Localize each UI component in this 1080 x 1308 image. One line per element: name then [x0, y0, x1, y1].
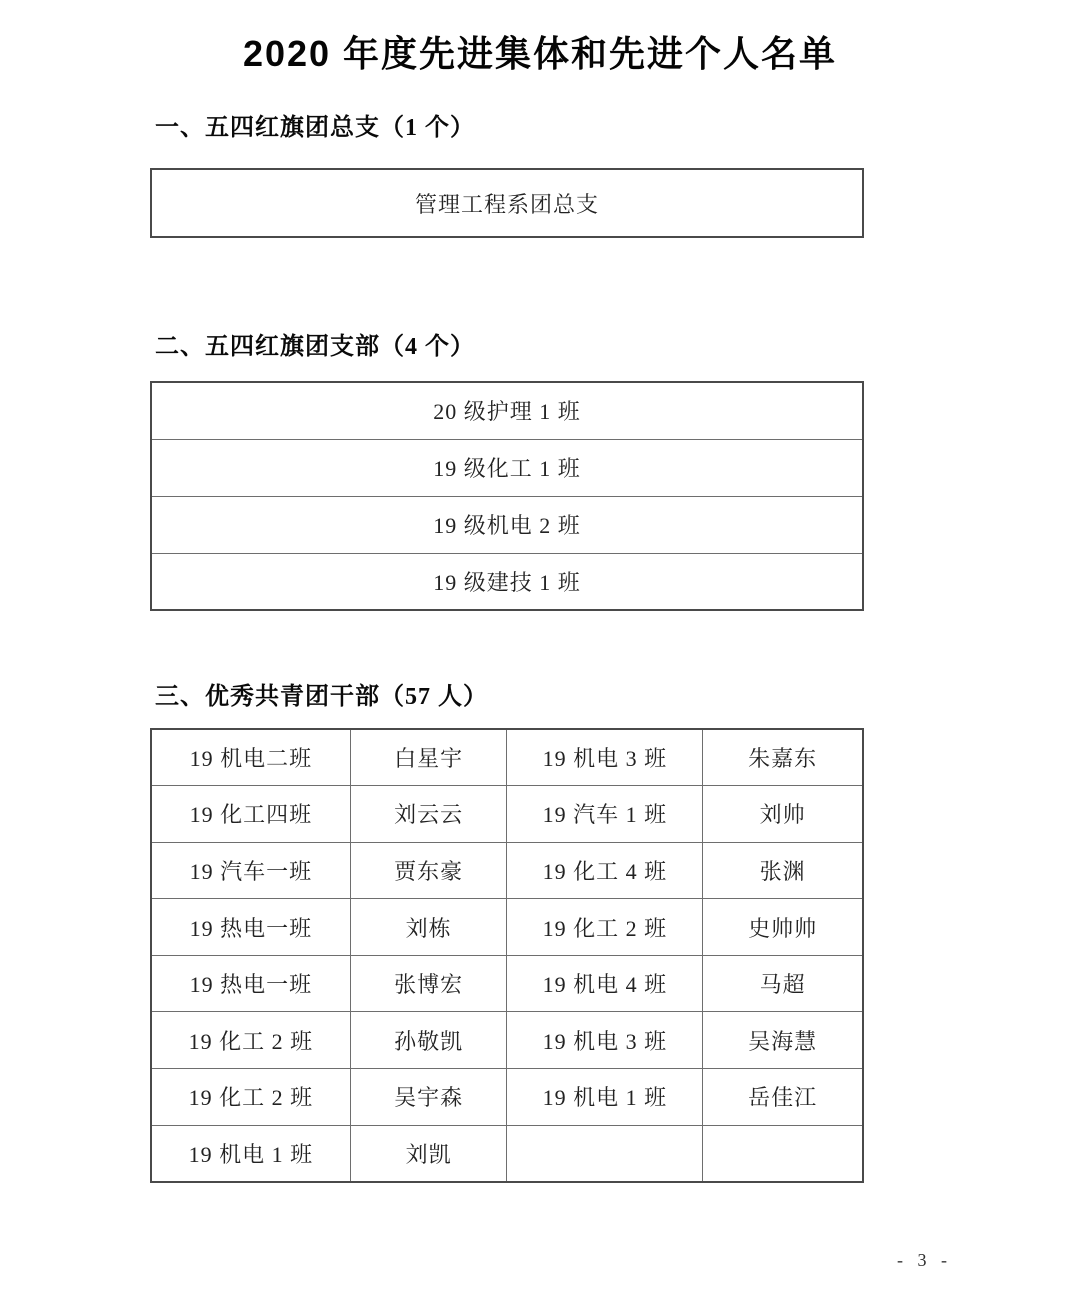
table-cell: 贾东豪 [350, 842, 507, 899]
table-row: 19 化工 2 班孙敬凯19 机电 3 班吴海慧 [151, 1012, 863, 1069]
table-cell: 刘云云 [350, 786, 507, 843]
table-cell: 白星宇 [350, 729, 507, 786]
table-cell: 19 级建技 1 班 [151, 553, 863, 610]
table-cell: 19 化工 2 班 [151, 1012, 350, 1069]
table-row: 20 级护理 1 班 [151, 382, 863, 439]
table-cell: 20 级护理 1 班 [151, 382, 863, 439]
table-cell: 刘帅 [703, 786, 863, 843]
document-content: 一、五四红旗团总支（1 个） 管理工程系团总支 二、五四红旗团支部（4 个） 2… [150, 114, 864, 1183]
table-cell: 岳佳江 [703, 1069, 863, 1126]
table-cell: 19 化工 2 班 [507, 899, 703, 956]
table-cell: 吴海慧 [703, 1012, 863, 1069]
table-row: 管理工程系团总支 [151, 169, 863, 237]
table-row: 19 级机电 2 班 [151, 496, 863, 553]
table-cell: 19 化工四班 [151, 786, 350, 843]
table-cell: 19 机电 1 班 [151, 1125, 350, 1182]
table-row: 19 汽车一班贾东豪19 化工 4 班张渊 [151, 842, 863, 899]
table-cell: 19 级机电 2 班 [151, 496, 863, 553]
table-cell: 19 机电二班 [151, 729, 350, 786]
table-row: 19 机电 1 班刘凯 [151, 1125, 863, 1182]
table-cell: 张博宏 [350, 955, 507, 1012]
table-red-flag-branches: 20 级护理 1 班19 级化工 1 班19 级机电 2 班19 级建技 1 班 [150, 381, 864, 611]
table-cell: 19 机电 3 班 [507, 729, 703, 786]
table-cell [703, 1125, 863, 1182]
table-cell: 史帅帅 [703, 899, 863, 956]
table-cell: 孙敬凯 [350, 1012, 507, 1069]
table-cell: 19 汽车 1 班 [507, 786, 703, 843]
table-cell: 19 级化工 1 班 [151, 439, 863, 496]
table-cell: 19 热电一班 [151, 899, 350, 956]
table-cell: 张渊 [703, 842, 863, 899]
table-row: 19 热电一班张博宏19 机电 4 班马超 [151, 955, 863, 1012]
table-row: 19 机电二班白星宇19 机电 3 班朱嘉东 [151, 729, 863, 786]
section-heading-red-flag-general-branch: 一、五四红旗团总支（1 个） [150, 114, 864, 142]
table-row: 19 化工 2 班吴宇森19 机电 1 班岳佳江 [151, 1069, 863, 1126]
table-cell: 马超 [703, 955, 863, 1012]
table-cell: 19 化工 4 班 [507, 842, 703, 899]
section-heading-outstanding-league-cadres: 三、优秀共青团干部（57 人） [150, 683, 864, 711]
table-row: 19 热电一班刘栋19 化工 2 班史帅帅 [151, 899, 863, 956]
section-heading-red-flag-branches: 二、五四红旗团支部（4 个） [150, 333, 864, 361]
table-row: 19 化工四班刘云云19 汽车 1 班刘帅 [151, 786, 863, 843]
table-cell: 吴宇森 [350, 1069, 507, 1126]
table-row: 19 级化工 1 班 [151, 439, 863, 496]
table-cell: 19 热电一班 [151, 955, 350, 1012]
table-row: 19 级建技 1 班 [151, 553, 863, 610]
document-page: 2020 年度先进集体和先进个人名单 一、五四红旗团总支（1 个） 管理工程系团… [0, 0, 1080, 1308]
table-cell: 19 机电 1 班 [507, 1069, 703, 1126]
table-cell: 朱嘉东 [703, 729, 863, 786]
table-cell: 管理工程系团总支 [151, 169, 863, 237]
table-outstanding-league-cadres: 19 机电二班白星宇19 机电 3 班朱嘉东19 化工四班刘云云19 汽车 1 … [150, 728, 864, 1183]
table-cell: 19 机电 4 班 [507, 955, 703, 1012]
table-cell [507, 1125, 703, 1182]
table-cell: 19 化工 2 班 [151, 1069, 350, 1126]
page-number: - 3 - [897, 1250, 952, 1271]
table-cell: 刘凯 [350, 1125, 507, 1182]
table-red-flag-general-branch: 管理工程系团总支 [150, 168, 864, 238]
page-title: 2020 年度先进集体和先进个人名单 [0, 0, 1080, 78]
table-cell: 19 机电 3 班 [507, 1012, 703, 1069]
table-cell: 19 汽车一班 [151, 842, 350, 899]
table-cell: 刘栋 [350, 899, 507, 956]
